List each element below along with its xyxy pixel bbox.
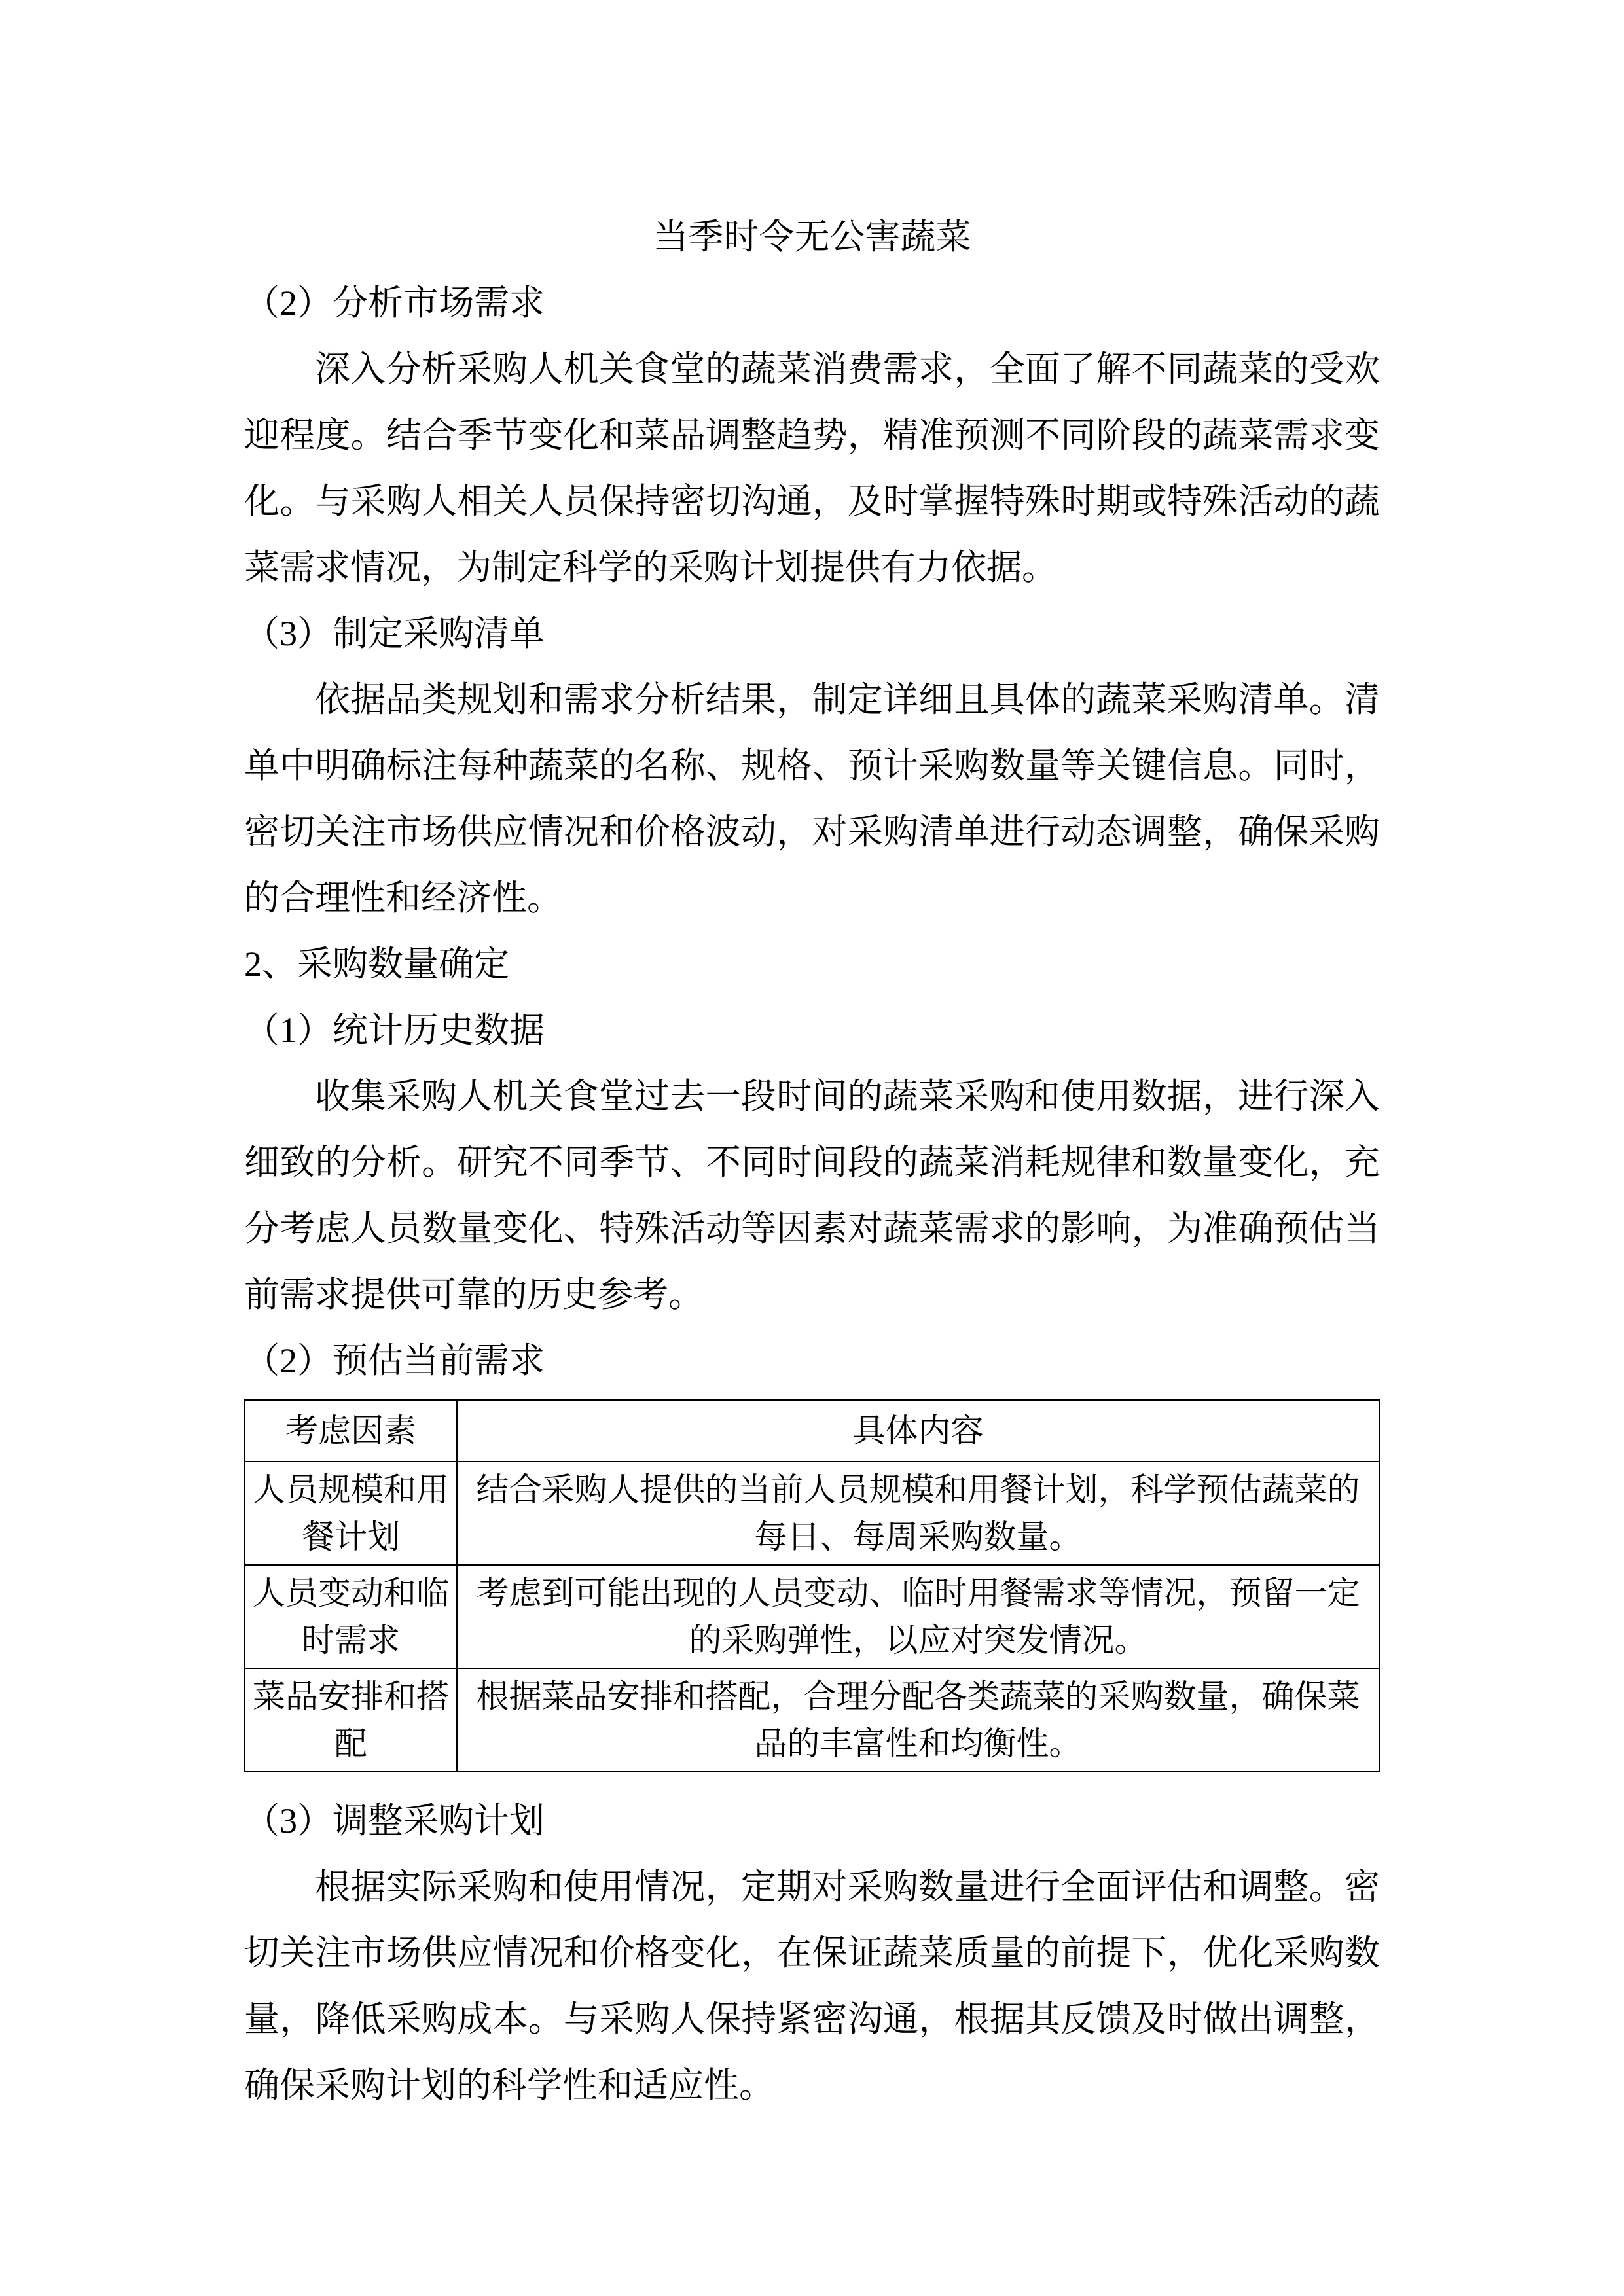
table-cell-factor-dish-arrangement: 菜品安排和搭配 [245,1668,457,1772]
document-title: 当季时令无公害蔬菜 [244,204,1380,270]
table-cell-factor-personnel-change: 人员变动和临时需求 [245,1565,457,1668]
table-row: 人员变动和临时需求 考虑到可能出现的人员变动、临时用餐需求等情况，预留一定的采购… [245,1565,1379,1668]
paragraph-make-procurement-list: 依据品类规划和需求分析结果，制定详细且具体的蔬菜采购清单。清单中明确标注每种蔬菜… [244,667,1380,931]
heading-make-procurement-list: （3）制定采购清单 [244,601,1380,667]
document-page: 当季时令无公害蔬菜 （2）分析市场需求 深入分析采购人机关食堂的蔬菜消费需求，全… [0,0,1624,2296]
paragraph-analyze-market-demand: 深入分析采购人机关食堂的蔬菜消费需求，全面了解不同蔬菜的受欢迎程度。结合季节变化… [244,336,1380,601]
heading-adjust-procurement-plan: （3）调整采购计划 [244,1788,1380,1854]
table-cell-content-dish-arrangement: 根据菜品安排和搭配，合理分配各类蔬菜的采购数量，确保菜品的丰富性和均衡性。 [457,1668,1379,1772]
table-cell-factor-personnel-scale: 人员规模和用餐计划 [245,1462,457,1565]
heading-analyze-market-demand: （2）分析市场需求 [244,270,1380,336]
table-header-content: 具体内容 [457,1400,1379,1462]
estimate-factors-table: 考虑因素 具体内容 人员规模和用餐计划 结合采购人提供的当前人员规模和用餐计划，… [244,1399,1380,1772]
table-header-factor: 考虑因素 [245,1400,457,1462]
table-header-row: 考虑因素 具体内容 [245,1400,1379,1462]
table-cell-content-personnel-scale: 结合采购人提供的当前人员规模和用餐计划，科学预估蔬菜的每日、每周采购数量。 [457,1462,1379,1565]
table-cell-content-personnel-change: 考虑到可能出现的人员变动、临时用餐需求等情况，预留一定的采购弹性，以应对突发情况… [457,1565,1379,1668]
table-row: 人员规模和用餐计划 结合采购人提供的当前人员规模和用餐计划，科学预估蔬菜的每日、… [245,1462,1379,1565]
heading-procurement-quantity: 2、采购数量确定 [244,931,1380,997]
paragraph-statistics-history-data: 收集采购人机关食堂过去一段时间的蔬菜采购和使用数据，进行深入细致的分析。研究不同… [244,1064,1380,1328]
heading-estimate-current-demand: （2）预估当前需求 [244,1328,1380,1394]
paragraph-adjust-procurement-plan: 根据实际采购和使用情况，定期对采购数量进行全面评估和调整。密切关注市场供应情况和… [244,1854,1380,2119]
table-row: 菜品安排和搭配 根据菜品安排和搭配，合理分配各类蔬菜的采购数量，确保菜品的丰富性… [245,1668,1379,1772]
heading-statistics-history-data: （1）统计历史数据 [244,997,1380,1064]
